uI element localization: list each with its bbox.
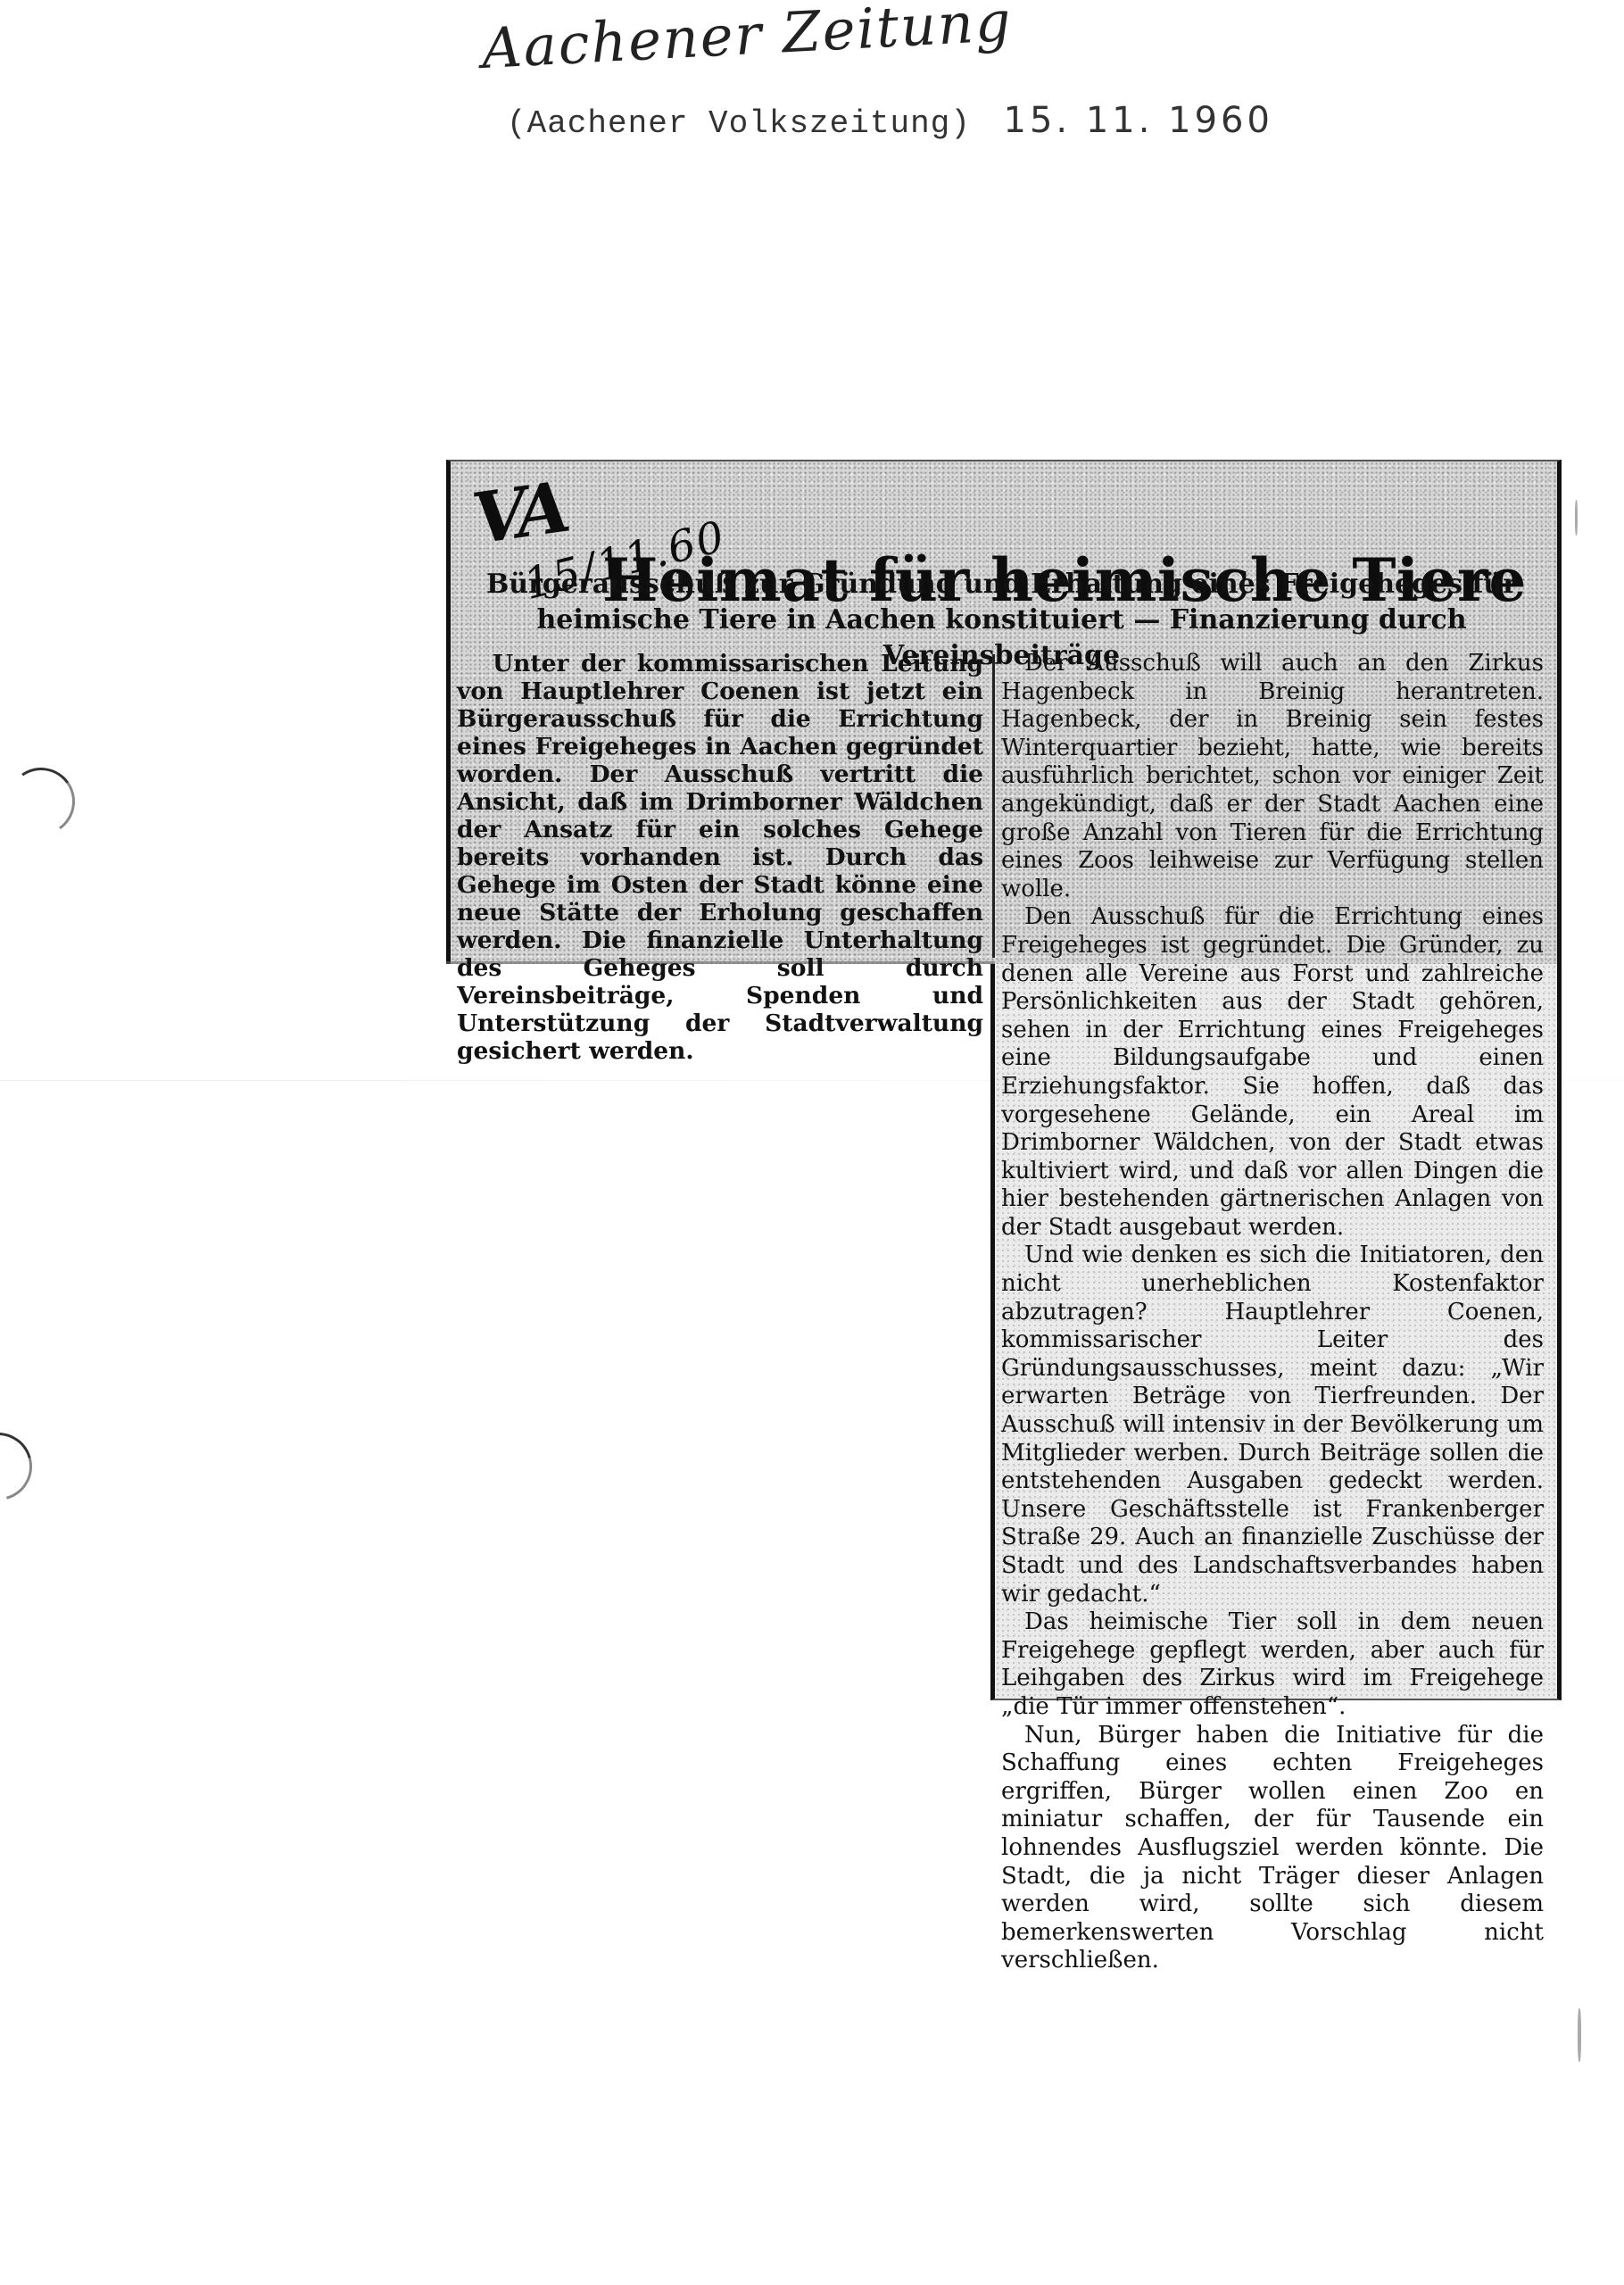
article-paragraph: Nun, Bürger haben die Initiative für die…: [1001, 1722, 1544, 1975]
column-divider: [992, 654, 995, 958]
newspaper-name-typed: (Aachener Volkszeitung): [507, 105, 971, 142]
newspaper-clipping: VA 15/11.60 Heimat für heimische Tiere B…: [446, 460, 1562, 1709]
punch-hole-icon: [2, 762, 80, 841]
scan-artifact: [1575, 500, 1578, 536]
article-paragraph: Und wie denken es sich die Initiatoren, …: [1001, 1242, 1544, 1608]
scan-artifact: [1578, 2008, 1581, 2062]
publication-date: 15. 11. 1960: [1004, 100, 1273, 141]
newspaper-source-line: (Aachener Volkszeitung) 15. 11. 1960: [507, 100, 1273, 142]
article-column-left: Unter der kommissarischen Leitung von Ha…: [457, 650, 983, 1065]
article-paragraph: Das heimische Tier soll in dem neuen Fre…: [1001, 1608, 1544, 1721]
article-column-right: Der Ausschuß will auch an den Zirkus Hag…: [1001, 650, 1544, 1975]
article-paragraph: Unter der kommissarischen Leitung von Ha…: [457, 650, 983, 1065]
handwritten-filing-mark: VA: [468, 467, 570, 560]
article-paragraph: Den Ausschuß für die Errichtung eines Fr…: [1001, 903, 1544, 1242]
newspaper-name-handwritten: Aachener Zeitung: [480, 0, 1014, 81]
article-paragraph: Der Ausschuß will auch an den Zirkus Hag…: [1001, 650, 1544, 903]
punch-hole-icon: [0, 1420, 45, 1513]
